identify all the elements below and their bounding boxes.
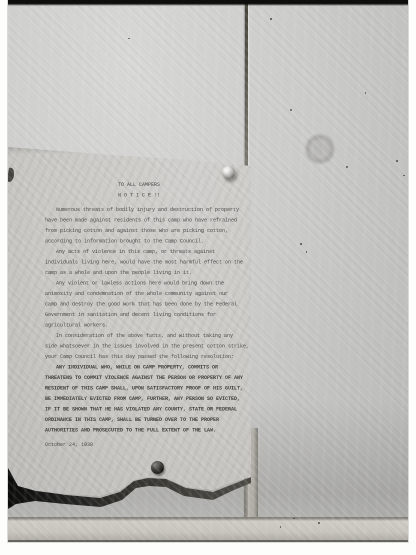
photo-bottom-edge [8, 540, 408, 542]
notice-paragraph: Any violent or lawless actions here woul… [45, 279, 285, 332]
notice-text-line: from picking cotton and against those wh… [45, 226, 285, 237]
wall-speck [365, 92, 366, 94]
notice-text-line: ANY INDIVIDUAL WHO, WHILE ON CAMP PROPER… [45, 363, 285, 374]
notice-date: October 24, 1938 [45, 440, 285, 451]
wall-knot-mark [304, 133, 336, 165]
notice-paragraph: In consideration of the above facts, and… [45, 331, 285, 363]
wall-speck [318, 522, 320, 524]
notice-text-line: according to information brought to the … [45, 237, 285, 248]
notice-text-line: THREATENS TO COMMIT VIOLENCE AGAINST THE… [45, 373, 285, 384]
notice-text-line: camp and destroy the good work that has … [45, 300, 285, 311]
notice-text-line: camp as a whole and upon the people livi… [45, 268, 285, 279]
notice-text-line: AUTHORITIES AND PROSECUTED TO THE FULL E… [45, 426, 285, 437]
notice-heading-notice: N O T I C E !! [118, 191, 285, 202]
notice-text-line: Any violent or lawless actions here woul… [45, 279, 285, 290]
wall-speck [306, 251, 307, 253]
wall-speck [293, 518, 295, 519]
notice-text-line: your Camp Council has this day passed th… [45, 352, 285, 363]
photograph: TO ALL CAMPERS N O T I C E !! Numerous t… [8, 0, 408, 542]
heading-gap [45, 201, 285, 205]
notice-text-line: side whatsoever in the issues involved i… [45, 342, 285, 353]
wall-speck [128, 38, 130, 39]
wall-speck [346, 166, 348, 168]
pushpin-icon [222, 166, 235, 179]
notice-text-line: Any acts of violence in this camp, or th… [45, 247, 285, 258]
notice-text-line: have been made against residents of this… [45, 216, 285, 227]
notice-paragraph: Any acts of violence in this camp, or th… [45, 247, 285, 279]
wall-speck [270, 18, 272, 20]
notice-text-line: IF IT BE SHOWN THAT HE HAS VIOLATED ANY … [45, 405, 285, 416]
wall-speck [280, 526, 281, 528]
notice-text-line: Numerous threats of bodily injury and de… [45, 205, 285, 216]
notice-text-line: In consideration of the above facts, and… [45, 331, 285, 342]
notice-text-line: individuals living here, would have the … [45, 258, 285, 269]
wall-speck [403, 175, 405, 176]
photo-top-edge [8, 0, 408, 6]
notice-text-line: RESIDENT OF THIS CAMP SHALL, UPON SATISF… [45, 384, 285, 395]
notice-paragraph: Numerous threats of bodily injury and de… [45, 205, 285, 247]
notice-text-line: BE IMMEDIATELY EVICTED FROM CAMP, FURTHE… [45, 394, 285, 405]
notice-text-line: agricultural workers. [45, 321, 285, 332]
notice-heading-to: TO ALL CAMPERS [118, 180, 285, 191]
baseboard [8, 517, 408, 542]
notice-text-line: ORDINANCE IN THIS CAMP, SHALL BE TURNED … [45, 415, 285, 426]
notice-text-line: animosity and condemnation of the whole … [45, 289, 285, 300]
notice-text-line: Government in sanitation and decent livi… [45, 310, 285, 321]
wall-speck [396, 160, 398, 162]
wall-speck [290, 109, 292, 111]
wall-speck [300, 243, 302, 245]
notice-resolution-paragraph: ANY INDIVIDUAL WHO, WHILE ON CAMP PROPER… [45, 363, 285, 437]
pushpin-icon [151, 461, 164, 474]
notice-text: TO ALL CAMPERS N O T I C E !! Numerous t… [45, 180, 285, 451]
